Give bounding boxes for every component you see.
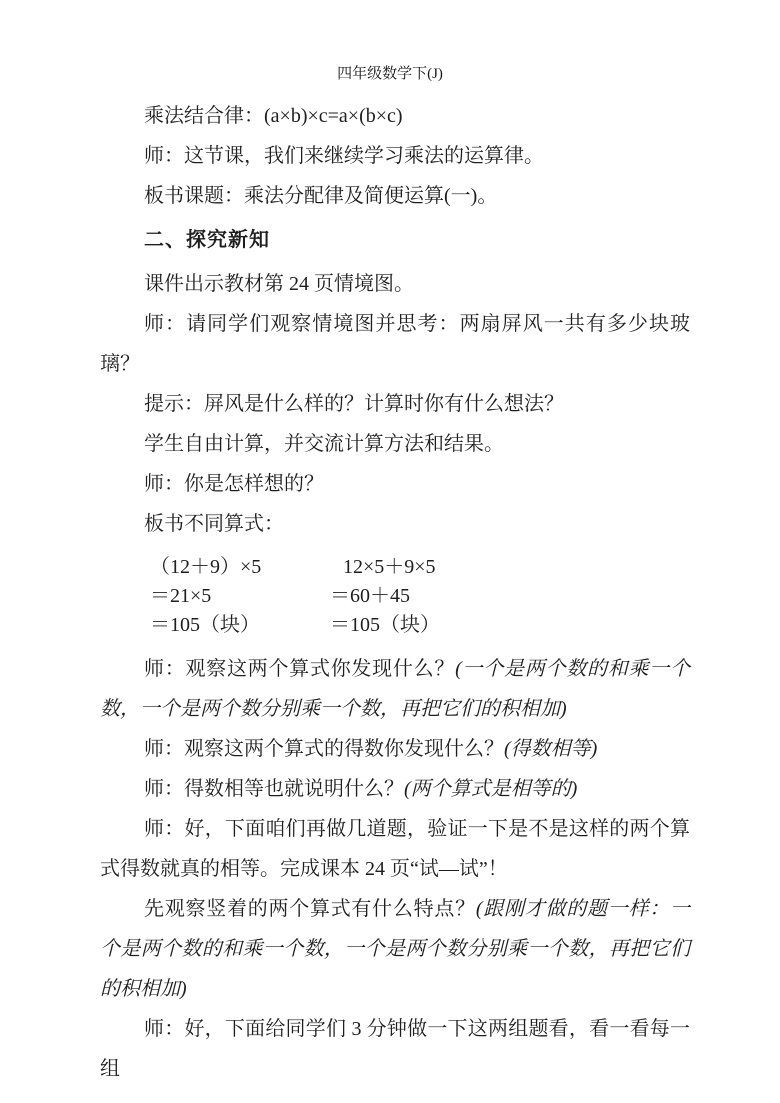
equation-line: ＝60＋45: [330, 582, 440, 611]
paragraph-student-calculate: 学生自由计算，并交流计算方法和结果。: [100, 424, 690, 464]
paragraph-observe-results: 师：观察这两个算式的得数你发现什么？(得数相等): [100, 729, 690, 769]
paragraph-board-expressions: 板书不同算式：: [100, 504, 690, 544]
equation-line: 12×5＋9×5: [330, 553, 440, 582]
equation-block: （12＋9）×5 ＝21×5 ＝105（块） 12×5＋9×5 ＝60＋45 ＝…: [150, 553, 690, 640]
page-header-title: 四年级数学下(J): [337, 66, 443, 82]
text-run-kaiti: (得数相等): [504, 738, 597, 760]
equation-line: ＝21×5: [150, 582, 330, 611]
paragraph-hint-screen: 提示：屏风是什么样的？计算时你有什么想法？: [100, 384, 690, 424]
document-body: 乘法结合律：(a×b)×c=a×(b×c) 师：这节课，我们来继续学习乘法的运算…: [100, 96, 690, 1089]
text-run: 学生自由计算，并交流计算方法和结果。: [144, 433, 504, 455]
text-run: 师：观察这两个算式的得数你发现什么？: [144, 738, 504, 760]
text-run: 师：这节课，我们来继续学习乘法的运算律。: [144, 145, 544, 167]
text-run: 师：请同学们观察情境图并思考：两扇屏风一共有多少块玻璃？: [100, 313, 690, 375]
text-run: 师：好，下面咱们再做几道题，验证一下是不是这样的两个算式得数就真的相等。完成课本…: [100, 818, 690, 880]
text-run: 提示：屏风是什么样的？计算时你有什么想法？: [144, 393, 564, 415]
section-heading-explore-new-knowledge: 二、探究新知: [100, 220, 690, 260]
text-run: 乘法结合律：(a×b)×c=a×(b×c): [144, 105, 403, 127]
equation-column-left: （12＋9）×5 ＝21×5 ＝105（块）: [150, 553, 330, 640]
text-run: 板书课题：乘法分配律及简便运算(一)。: [144, 185, 497, 207]
equation-column-right: 12×5＋9×5 ＝60＋45 ＝105（块）: [330, 553, 440, 640]
paragraph-observe-expressions: 师：观察这两个算式你发现什么？(一个是两个数的和乘一个数，一个是两个数分别乘一个…: [100, 649, 690, 729]
paragraph-three-minutes: 师：好，下面给同学们 3 分钟做一下这两组题看，看一看每一组: [100, 1009, 690, 1089]
paragraph-observe-vertical: 先观察竖着的两个算式有什么特点？(跟刚才做的题一样：一个是两个数的和乘一个数，一…: [100, 889, 690, 1009]
paragraph-verify-try: 师：好，下面咱们再做几道题，验证一下是不是这样的两个算式得数就真的相等。完成课本…: [100, 809, 690, 889]
paragraph-teacher-ask-thinking: 师：你是怎样想的？: [100, 464, 690, 504]
paragraph-equal-meaning: 师：得数相等也就说明什么？(两个算式是相等的): [100, 769, 690, 809]
document-page: 四年级数学下(J) 乘法结合律：(a×b)×c=a×(b×c) 师：这节课，我们…: [0, 0, 780, 1103]
equation-line: （12＋9）×5: [150, 553, 330, 582]
page-header: 四年级数学下(J): [0, 0, 780, 86]
paragraph-teacher-question-glass: 师：请同学们观察情境图并思考：两扇屏风一共有多少块玻璃？: [100, 304, 690, 384]
text-run: 板书不同算式：: [144, 513, 284, 535]
text-run: 师：得数相等也就说明什么？: [144, 778, 404, 800]
paragraph-board-topic: 板书课题：乘法分配律及简便运算(一)。: [100, 176, 690, 216]
text-run: 师：你是怎样想的？: [144, 473, 324, 495]
heading-text: 二、探究新知: [144, 229, 270, 251]
paragraph-associative-law: 乘法结合律：(a×b)×c=a×(b×c): [100, 96, 690, 136]
text-run: 课件出示教材第 24 页情境图。: [144, 273, 414, 295]
text-run-kaiti: (两个算式是相等的): [404, 778, 577, 800]
text-run: 先观察竖着的两个算式有什么特点？: [144, 898, 476, 920]
equation-line: ＝105（块）: [150, 611, 330, 640]
equation-line: ＝105（块）: [330, 611, 440, 640]
paragraph-courseware-page24: 课件出示教材第 24 页情境图。: [100, 264, 690, 304]
paragraph-teacher-intro: 师：这节课，我们来继续学习乘法的运算律。: [100, 136, 690, 176]
text-run: 师：观察这两个算式你发现什么？: [144, 658, 455, 680]
text-run: 师：好，下面给同学们 3 分钟做一下这两组题看，看一看每一组: [100, 1018, 690, 1080]
